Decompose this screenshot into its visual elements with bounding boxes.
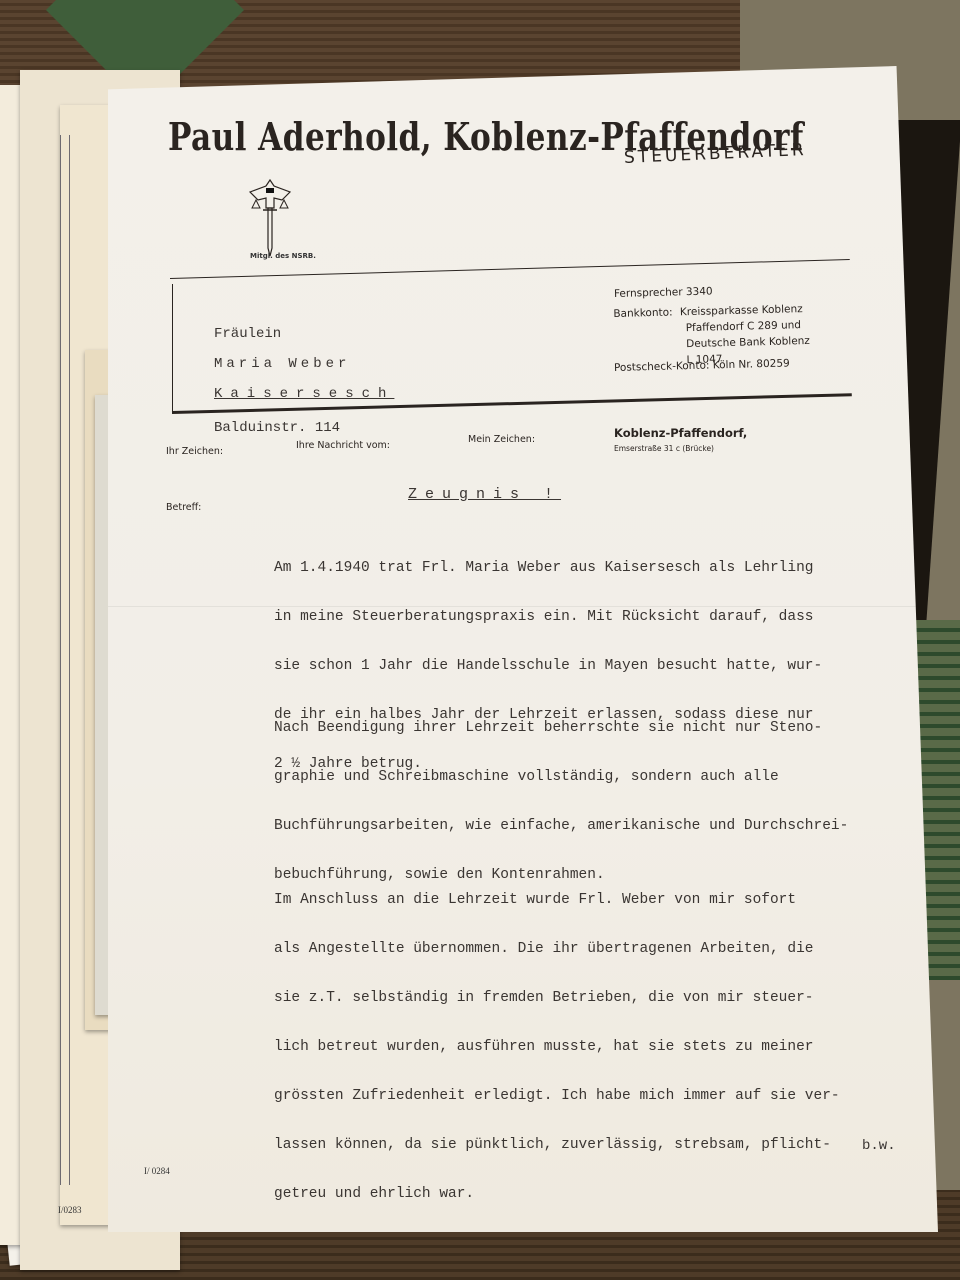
eagle-emblem-icon: [248, 178, 292, 260]
ref-street: Emserstraße 31 c (Brücke): [614, 444, 714, 453]
recipient-street: Balduinstr. 114: [214, 420, 340, 436]
bank-label: Bankkonto:: [613, 306, 673, 320]
paragraph-2: Nach Beendigung ihrer Lehrzeit beherrsch…: [274, 704, 924, 900]
recipient-town: Kaisersesch: [214, 386, 394, 402]
ref-ihre-nachricht: Ihre Nachricht vom:: [296, 440, 390, 451]
page-turn-note: b.w.: [862, 1138, 896, 1154]
letterhead-rule: [170, 259, 850, 279]
archive-code: I/ 0284: [144, 1166, 170, 1176]
ref-ihr-zeichen: Ihr Zeichen:: [166, 446, 223, 457]
bank-line: Kreissparkasse Koblenz: [676, 303, 803, 318]
ref-city: Koblenz-Pfaffendorf,: [614, 426, 747, 440]
ref-betreff: Betreff:: [166, 502, 201, 513]
recipient-name: Maria Weber: [214, 356, 350, 372]
contact-phone: Fernsprecher 3340: [614, 285, 713, 300]
recipient-salutation: Fräulein: [214, 326, 281, 342]
ref-mein-zeichen: Mein Zeichen:: [468, 434, 535, 445]
subject-line: Zeugnis !: [408, 486, 561, 503]
emblem-caption: Mitgl. des NSRB.: [250, 252, 316, 260]
letter-page: Paul Aderhold, Koblenz-Pfaffendorf STEUE…: [108, 66, 938, 1232]
paragraph-3: Im Anschluss an die Lehrzeit wurde Frl. …: [274, 876, 924, 1219]
